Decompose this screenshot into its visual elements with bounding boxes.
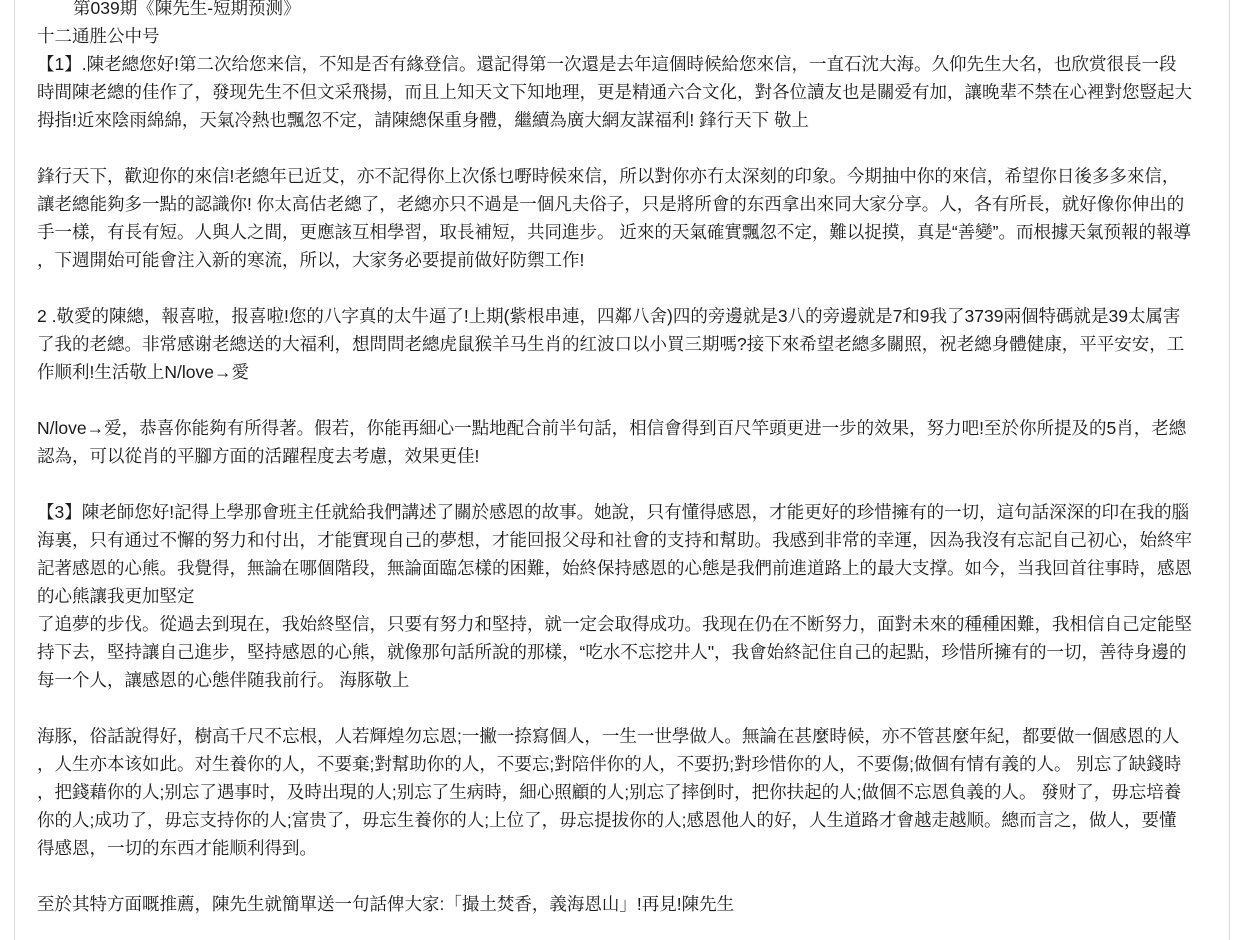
paragraph-spacer [37,862,1212,890]
reply-2: N/love→爱，恭喜你能夠有所得著。假若，你能再細心一點地配合前半句話，相信會… [37,414,1212,470]
text-line: 手一樣，有長有短。人與人之間，更應該互相學習，取長補短，共同進步。 近來的天氣確… [37,218,1212,246]
text-line: 讓老總能夠多一點的認識你! 你太高估老總了，老總亦只不過是一個凡夫俗子，只是將所… [37,190,1212,218]
text-line: N/love→爱，恭喜你能夠有所得著。假若，你能再細心一點地配合前半句話，相信會… [37,414,1212,442]
text-line: 記著感恩的心熊。我覺得，無論在哪個階段，無論面臨怎樣的困難，始終保持感恩的心態是… [37,554,1212,582]
paragraph-spacer [37,134,1212,162]
text-line: 認為，可以從肖的平腳方面的活躍程度去考慮，效果更佳! [37,442,1212,470]
document-content: 第039期《陳先生-短期预测》 十二通胜公中号 【1】.陳老總您好!第二次给您来… [37,0,1212,909]
letter-1: 【1】.陳老總您好!第二次给您来信，不知是否有緣登信。還記得第一次還是去年這個時… [37,50,1212,134]
text-line: 作顺利!生活敬上N/love→愛 [37,358,1212,386]
reply-1: 鋒行天下，歡迎你的來信!老總年已近艾，亦不記得你上次係乜嘢時候來信，所以對你亦冇… [37,162,1212,274]
text-line: 至於其特方面嘅推薦，陳先生就簡單送一句話俾大家:「撮土焚香，義海恩山」!再見!陳… [37,890,1212,909]
text-line: 鋒行天下，歡迎你的來信!老總年已近艾，亦不記得你上次係乜嘢時候來信，所以對你亦冇… [37,162,1212,190]
paragraph-spacer [37,694,1212,722]
text-line: 得感恩，一切的东西才能顺利得到。 [37,834,1212,862]
text-line: 了我的老總。非常感谢老總送的大福利，想問問老總虎鼠猴羊马生肖的红波口以小買三期嗎… [37,330,1212,358]
text-line: 【3】陳老師您好!記得上學那會班主任就給我們講述了關於感恩的故事。她說，只有懂得… [37,498,1212,526]
text-line: 的心熊讓我更加堅定 [37,582,1212,610]
text-line: 了追夢的步伐。從過去到現在，我始終堅信，只要有努力和堅持，就一定会取得成功。我现… [37,610,1212,638]
text-line: ，下週開始可能會注入新的寒流，所以，大家务必要提前做好防禦工作! [37,246,1212,274]
paragraph-spacer [37,274,1212,302]
text-line: 持下去，堅持讓自己進步，堅持感恩的心熊，就像那句話所說的那樣，“吃水不忘挖井人"… [37,638,1212,666]
text-line: 海豚，俗話說得好，樹高千尺不忘根，人若輝煌勿忘恩;一撇一捺寫個人，一生一世學做人… [37,722,1212,750]
text-line: 時間陳老總的佳作了，發现先生不但文采飛揚，而且上知天文下知地理，更是精通六合文化… [37,78,1212,106]
letter-3: 【3】陳老師您好!記得上學那會班主任就給我們講述了關於感恩的故事。她說，只有懂得… [37,498,1212,694]
paragraph-spacer [37,470,1212,498]
text-line: 每一个人，讓感恩的心態伴随我前行。 海豚敬上 [37,666,1212,694]
text-line: 海裏，只有通过不懈的努力和付出，才能實现自己的夢想，才能回报父母和社會的支持和幫… [37,526,1212,554]
document-subtitle: 十二通胜公中号 [37,22,1212,50]
text-line: 你的人;成功了，毋忘支持你的人;富贵了，毋忘生養你的人;上位了，毋忘提拔你的人;… [37,806,1212,834]
text-line: ，把錢藉你的人;别忘了遇事时，及時出現的人;别忘了生病時，細心照顧的人;别忘了摔… [37,778,1212,806]
paragraph-spacer [37,386,1212,414]
closing: 至於其特方面嘅推薦，陳先生就簡單送一句話俾大家:「撮土焚香，義海恩山」!再見!陳… [37,890,1212,909]
document-title: 第039期《陳先生-短期预测》 [37,0,1212,22]
text-line: 【1】.陳老總您好!第二次给您来信，不知是否有緣登信。還記得第一次還是去年這個時… [37,50,1212,78]
reply-3: 海豚，俗話說得好，樹高千尺不忘根，人若輝煌勿忘恩;一撇一捺寫個人，一生一世學做人… [37,722,1212,862]
text-line: 拇指!近來陰雨綿綿，天氣冷熱也飄忽不定，請陳總保重身體，繼續為廣大網友謀福利! … [37,106,1212,134]
letter-2: 2 .敬愛的陳總，報喜啦，报喜啦!您的八字真的太牛逼了!上期(紫根串連，四鄰八舍… [37,302,1212,386]
text-line: ，人生亦本该如此。对生養你的人，不要棄;對幫助你的人，不要忘;對陪伴你的人，不要… [37,750,1212,778]
text-line: 2 .敬愛的陳總，報喜啦，报喜啦!您的八字真的太牛逼了!上期(紫根串連，四鄰八舍… [37,302,1212,330]
